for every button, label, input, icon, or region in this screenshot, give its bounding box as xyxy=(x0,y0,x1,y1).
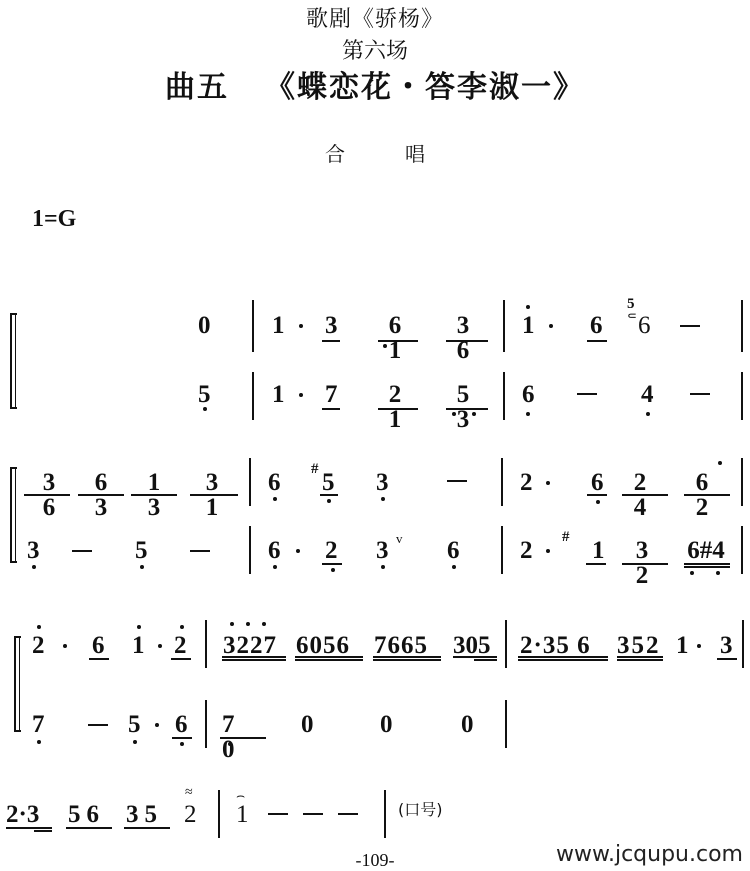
annotation-slogan: (口号) xyxy=(398,797,443,820)
sharp-icon: # xyxy=(311,462,319,477)
barline xyxy=(505,620,507,668)
high-octave-dot xyxy=(180,625,184,629)
low-octave-dot xyxy=(140,565,144,569)
barline xyxy=(205,620,207,668)
underline xyxy=(171,658,191,660)
underline xyxy=(6,827,52,829)
low-octave-dot xyxy=(452,565,456,569)
system-bracket xyxy=(10,467,17,563)
underline xyxy=(34,830,52,832)
note-group: 3 6 xyxy=(446,313,486,363)
augmentation-dot xyxy=(155,723,159,727)
note-group: 6#4 xyxy=(683,538,729,563)
note: 2 xyxy=(325,538,338,563)
low-octave-dot xyxy=(327,499,331,503)
underline xyxy=(322,563,342,565)
low-octave-dot xyxy=(452,412,456,416)
barline xyxy=(252,372,254,420)
underline xyxy=(518,656,608,658)
augmentation-dot xyxy=(546,549,550,553)
note: 6 xyxy=(268,470,281,495)
extension-dash xyxy=(338,813,358,815)
note: 6 xyxy=(522,382,535,407)
underline xyxy=(190,494,238,496)
note-group: 5 3 xyxy=(446,382,486,432)
key-signature: 1=G xyxy=(32,206,76,233)
underline xyxy=(622,563,668,565)
note: 2 xyxy=(520,470,533,495)
underline xyxy=(322,340,340,342)
underline xyxy=(295,656,363,658)
note: 7 xyxy=(32,712,45,737)
performance-type: 合唱 xyxy=(0,138,750,167)
low-octave-dot xyxy=(180,742,184,746)
high-octave-dot xyxy=(718,461,722,465)
augmentation-dot xyxy=(296,549,300,553)
performance-char-1: 合 xyxy=(325,144,345,166)
augmentation-dot xyxy=(158,644,162,648)
rest: 0 xyxy=(301,712,314,737)
note: 6 xyxy=(590,313,603,338)
turn-ornament-icon: ≈ xyxy=(185,786,193,800)
underline xyxy=(446,408,488,410)
note: 1 xyxy=(676,633,689,658)
underline xyxy=(66,827,112,829)
low-octave-dot xyxy=(273,497,277,501)
rest: 0 xyxy=(380,712,393,737)
underline xyxy=(586,563,606,565)
low-octave-dot xyxy=(381,497,385,501)
rest: 0 xyxy=(461,712,474,737)
barline xyxy=(741,458,743,506)
underline xyxy=(518,659,608,661)
augmentation-dot xyxy=(299,393,303,397)
note: 1 xyxy=(522,313,535,338)
extension-dash xyxy=(72,550,92,552)
note: 1 xyxy=(236,802,249,827)
note: 2 xyxy=(184,802,197,827)
note: 6 xyxy=(175,712,188,737)
underline xyxy=(373,659,441,661)
watermark: www.jcqupu.com xyxy=(556,842,743,867)
note-group: 56 xyxy=(68,802,112,827)
underline xyxy=(684,494,730,496)
note: 6 xyxy=(591,470,604,495)
note: 1 xyxy=(592,538,605,563)
augmentation-dot xyxy=(697,644,701,648)
note-group: 7665 xyxy=(374,633,440,658)
extension-dash xyxy=(577,393,597,395)
note: 4 xyxy=(641,382,654,407)
note: 5 xyxy=(198,382,211,407)
underline xyxy=(684,563,730,565)
high-octave-dot xyxy=(526,305,530,309)
note-group: 3227 xyxy=(223,633,287,658)
note-group: 6 1 xyxy=(380,313,416,363)
note: 1 xyxy=(272,382,285,407)
augmentation-dot xyxy=(546,481,550,485)
underline xyxy=(378,408,418,410)
high-octave-dot xyxy=(230,622,234,626)
barline xyxy=(741,300,743,352)
underline xyxy=(322,408,340,410)
system-bracket xyxy=(10,313,17,409)
underline xyxy=(295,659,363,661)
system-bracket xyxy=(14,636,21,732)
underline xyxy=(587,494,607,496)
note-group: 2·3 xyxy=(6,802,54,827)
extension-dash xyxy=(680,325,700,327)
piece-number: 曲五 xyxy=(165,71,229,104)
underline xyxy=(446,340,488,342)
barline xyxy=(501,458,503,506)
note: 6 xyxy=(638,313,651,338)
barline xyxy=(742,620,744,668)
barline xyxy=(741,526,743,574)
low-octave-dot xyxy=(383,344,387,348)
note: 6 xyxy=(447,538,460,563)
underline xyxy=(124,827,170,829)
barline xyxy=(501,526,503,574)
low-octave-dot xyxy=(133,740,137,744)
low-octave-dot xyxy=(331,568,335,572)
note: 5 xyxy=(128,712,141,737)
high-octave-dot xyxy=(137,625,141,629)
note: 1 xyxy=(132,633,145,658)
underline xyxy=(684,566,730,568)
low-octave-dot xyxy=(32,565,36,569)
underline xyxy=(89,658,109,660)
high-octave-dot xyxy=(37,625,41,629)
underline xyxy=(474,659,497,661)
extension-dash xyxy=(88,724,108,726)
note: 5 xyxy=(322,470,335,495)
low-octave-dot xyxy=(228,742,232,746)
barline xyxy=(503,300,505,352)
note-group: 305 xyxy=(453,633,497,658)
extension-dash xyxy=(190,550,210,552)
underline xyxy=(78,494,124,496)
extension-dash xyxy=(268,813,288,815)
scene-title: 第六场 xyxy=(0,34,750,65)
underline xyxy=(622,494,668,496)
barline xyxy=(205,700,207,748)
underline xyxy=(220,737,266,739)
note: 3 xyxy=(325,313,338,338)
note: 3 xyxy=(720,633,733,658)
augmentation-dot xyxy=(549,324,553,328)
note: 6 xyxy=(268,538,281,563)
underline xyxy=(617,656,663,658)
underline xyxy=(320,494,338,496)
high-octave-dot xyxy=(262,622,266,626)
breath-mark-icon: v xyxy=(396,532,403,545)
underline xyxy=(24,494,70,496)
low-octave-dot xyxy=(273,565,277,569)
underline xyxy=(717,658,737,660)
note: 2 xyxy=(174,633,187,658)
piece-title: 曲五《蝶恋花・答李淑一》 xyxy=(0,62,750,106)
note: 5 xyxy=(135,538,148,563)
extension-dash xyxy=(447,480,467,482)
note: 1 xyxy=(272,313,285,338)
low-octave-dot xyxy=(526,412,530,416)
underline xyxy=(453,656,497,658)
barline xyxy=(252,300,254,352)
augmentation-dot xyxy=(299,324,303,328)
underline xyxy=(222,659,286,661)
low-octave-dot xyxy=(472,412,476,416)
barline xyxy=(218,790,220,838)
underline xyxy=(172,737,192,739)
barline xyxy=(741,372,743,420)
underline xyxy=(587,340,607,342)
note: 3 xyxy=(376,538,389,563)
underline xyxy=(131,494,177,496)
note: 0 xyxy=(198,313,211,338)
low-octave-dot xyxy=(203,407,207,411)
barline xyxy=(384,790,386,838)
augmentation-dot xyxy=(63,644,67,648)
low-octave-dot xyxy=(690,571,694,575)
barline xyxy=(249,526,251,574)
performance-char-2: 唱 xyxy=(405,144,425,166)
low-octave-dot xyxy=(646,412,650,416)
low-octave-dot xyxy=(37,740,41,744)
note: 3 xyxy=(27,538,40,563)
low-octave-dot xyxy=(596,500,600,504)
underline xyxy=(617,659,663,661)
low-octave-dot xyxy=(716,571,720,575)
barline xyxy=(249,458,251,506)
underline xyxy=(378,340,418,342)
note-group: 35 xyxy=(126,802,170,827)
underline xyxy=(222,656,286,658)
note-group: 2·35 6 xyxy=(520,633,610,658)
extension-dash xyxy=(690,393,710,395)
barline xyxy=(505,700,507,748)
note-group: 2 1 xyxy=(380,382,416,432)
note: 7 xyxy=(325,382,338,407)
note: 2 xyxy=(520,538,533,563)
low-octave-dot xyxy=(381,565,385,569)
barline xyxy=(503,372,505,420)
piece-name: 《蝶恋花・答李淑一》 xyxy=(265,70,585,105)
extension-dash xyxy=(303,813,323,815)
note: 3 xyxy=(376,470,389,495)
note-group: 6056 xyxy=(296,633,364,658)
opera-title: 歌剧《骄杨》 xyxy=(0,2,750,33)
note: 6 xyxy=(92,633,105,658)
grace-slur-icon: ⸦ xyxy=(626,310,638,322)
sharp-icon: # xyxy=(562,530,570,545)
high-octave-dot xyxy=(246,622,250,626)
note: 2 xyxy=(32,633,45,658)
note-group: 352 xyxy=(617,633,665,658)
underline xyxy=(373,656,441,658)
